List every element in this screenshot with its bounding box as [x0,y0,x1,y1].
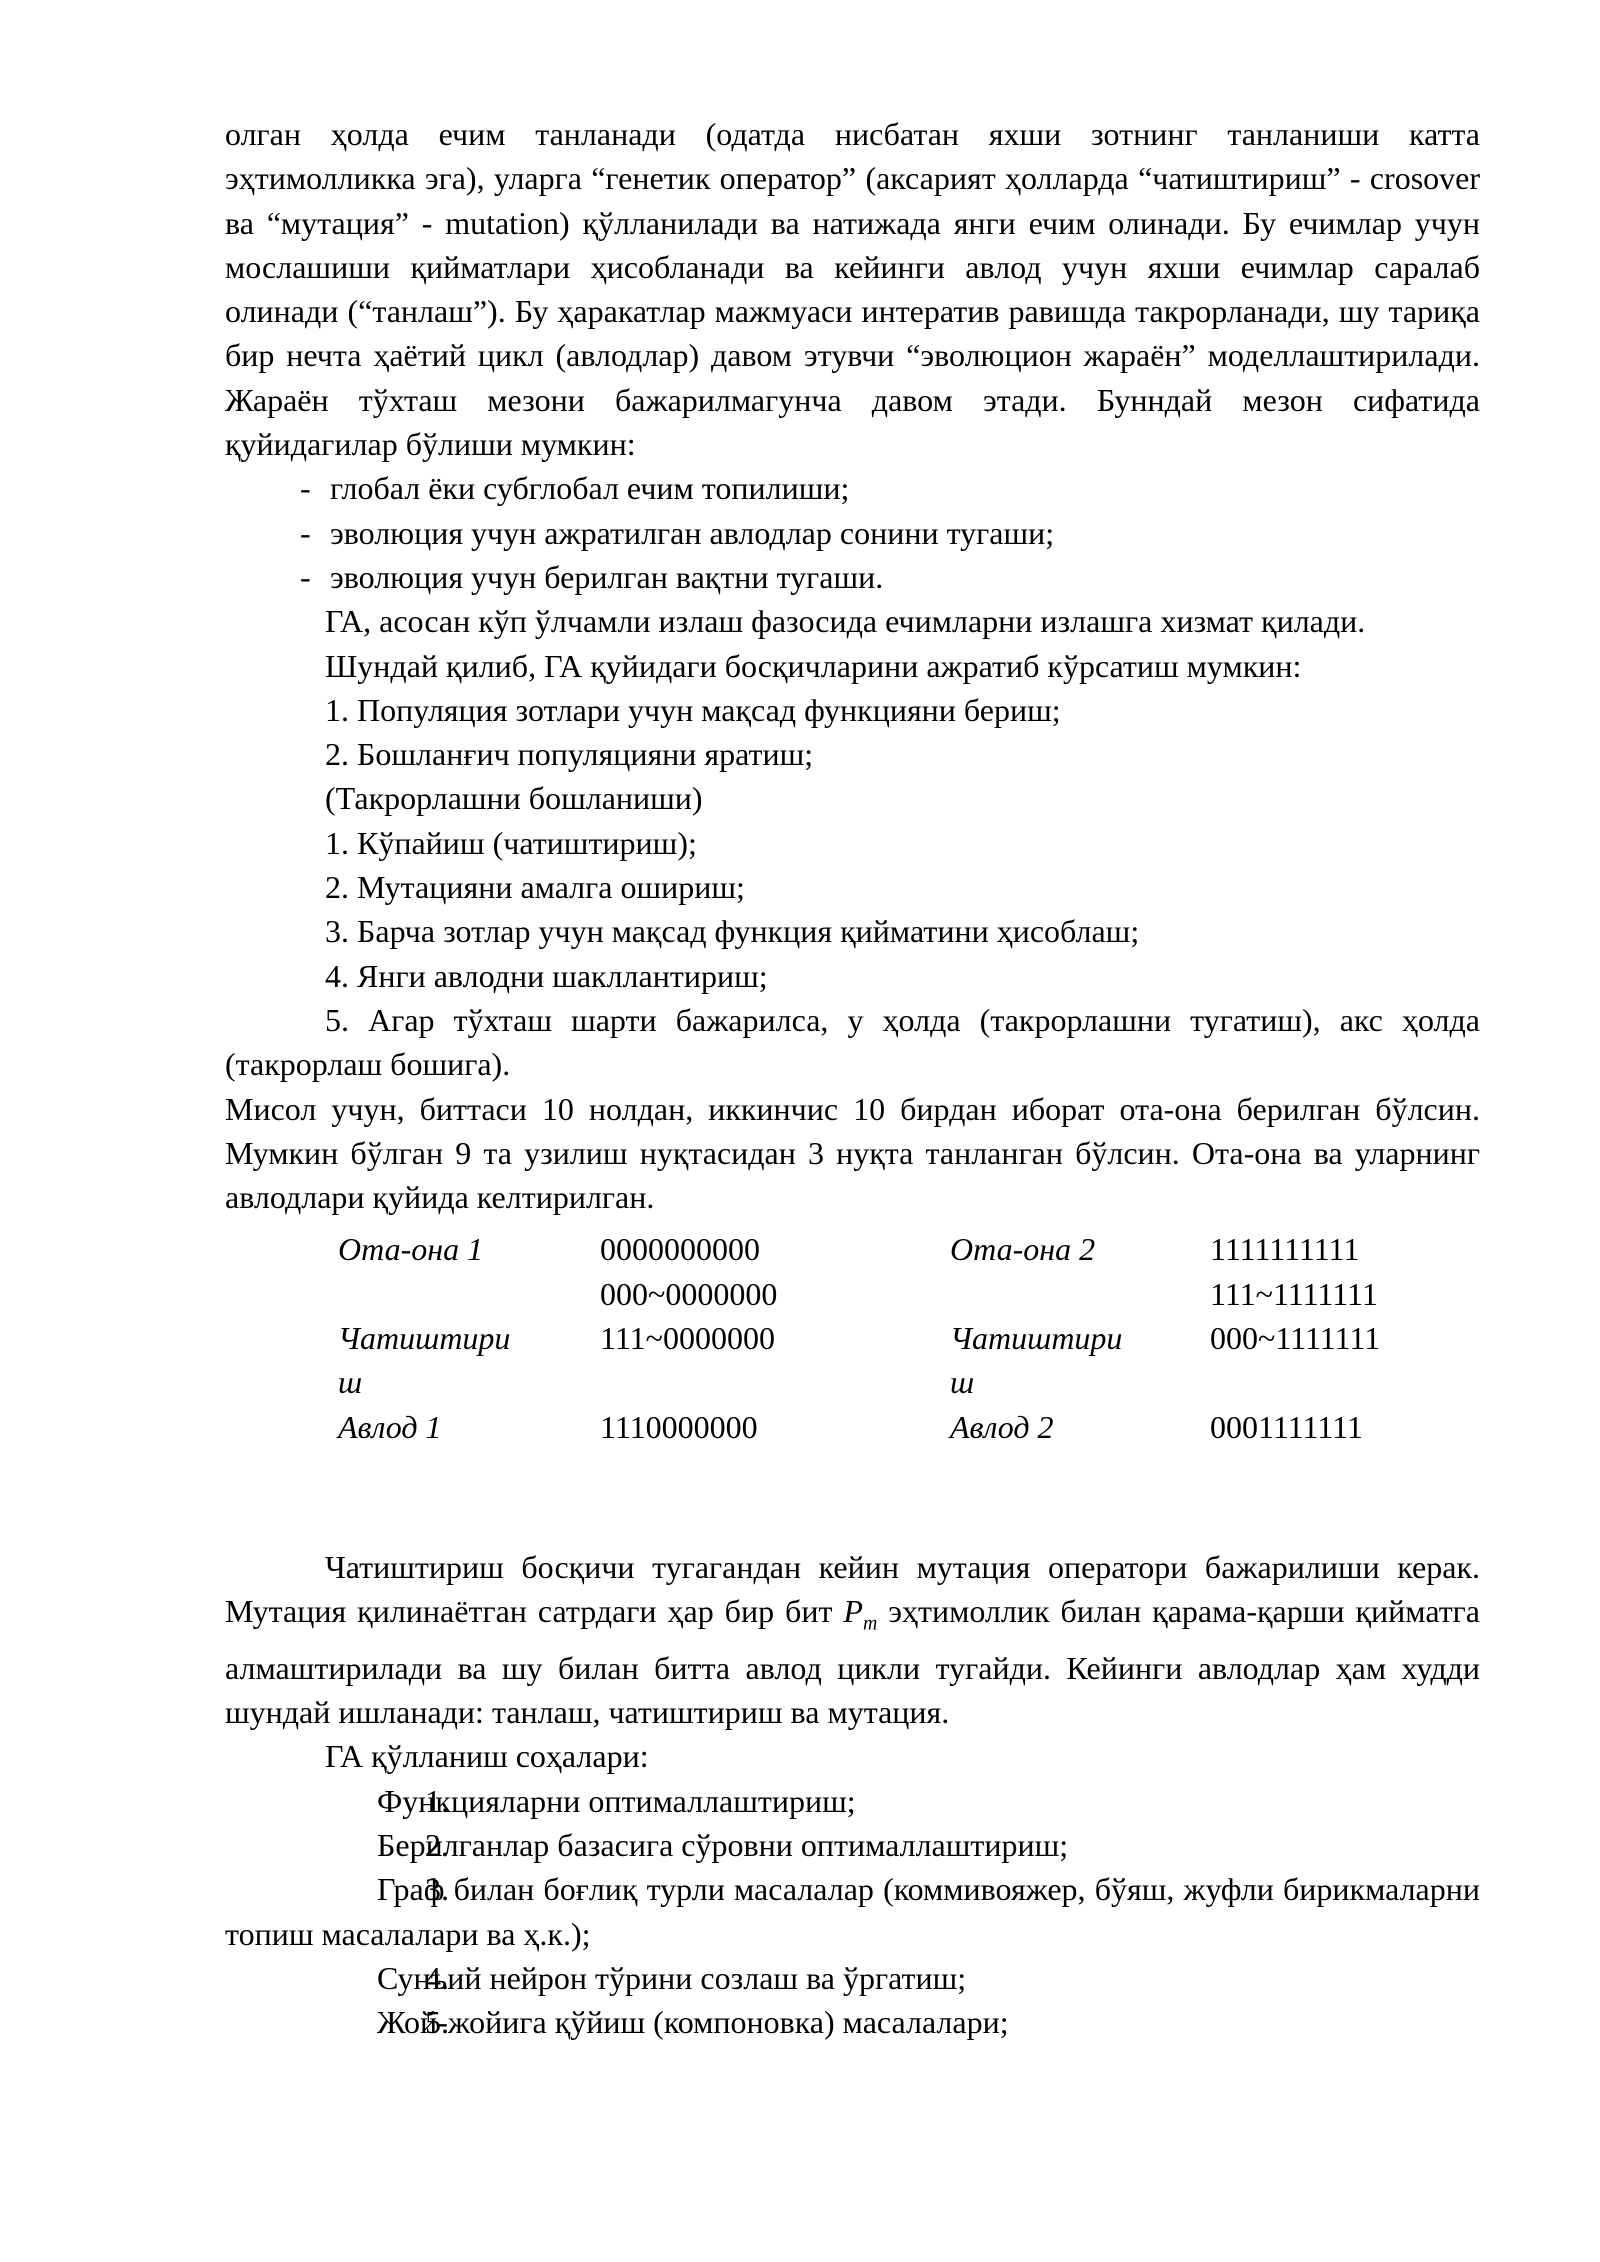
criteria-text: эволюция учун ажратилган авлодлар сонини… [330,515,1054,551]
table-cell: 000~1111111 [1210,1316,1480,1360]
intro-paragraph: олган ҳолда ечим танланади (одатда нисба… [225,112,1480,466]
table-cell: Авлод 2 [950,1405,1210,1449]
dash-bullet: - [300,555,330,599]
criteria-item: -глобал ёки субглобал ечим топилиши; [300,466,1480,510]
table-cell: 111~1111111 [1210,1272,1480,1316]
stage-line: 4. Янги авлодни шакллантириш; [325,954,1480,998]
probability-formula: Pm [843,1593,877,1629]
item-text: Жой-жойига қўйиш (компоновка) масалалари… [377,2004,1009,2040]
formula-base: P [843,1593,863,1629]
document-text-block: олган ҳолда ечим танланади (одатда нисба… [225,112,1480,2045]
example-paragraph: Мисол учун, биттаси 10 нолдан, иккинчис … [225,1087,1480,1220]
table-cell [338,1272,600,1316]
item-number: 4. [325,1956,377,2000]
table-cell: ш [338,1360,600,1404]
item-number: 2. [325,1823,377,1867]
application-item: 5.Жой-жойига қўйиш (компоновка) масалала… [225,2000,1480,2044]
stage5-paragraph: 5. Агар тўхташ шарти бажарилса, у ҳолда … [225,998,1480,1087]
table-cell: 000~0000000 [600,1272,950,1316]
table-cell [950,1272,1210,1316]
table-cell: 0001111111 [1210,1405,1480,1449]
formula-subscript: m [863,1613,877,1635]
item-text: Сунъий нейрон тўрини созлаш ва ўргатиш; [377,1960,966,1996]
dash-bullet: - [300,466,330,510]
table-cell: 111~0000000 [600,1316,950,1360]
table-cell: Ота-она 1 [338,1227,600,1271]
mutation-paragraph: Чатиштириш босқичи тугагандан кейин мута… [225,1545,1480,1735]
document-page: олган ҳолда ечим танланади (одатда нисба… [0,0,1600,2262]
item-text: Функцияларни оптималлаштириш; [377,1783,856,1819]
table-cell: 0000000000 [600,1227,950,1271]
item-number: 3. [325,1867,377,1911]
ga-search-paragraph: ГА, асосан кўп ўлчамли излаш фазосида еч… [225,599,1480,643]
criteria-text: эволюция учун берилган вақтни тугаши. [330,559,883,595]
table-cell: 1111111111 [1210,1227,1480,1271]
table-cell [1210,1360,1480,1404]
stage-line: 2. Бошланғич популяцияни яратиш; [325,732,1480,776]
dash-bullet: - [300,511,330,555]
applications-intro: ГА қўлланиш соҳалари: [225,1734,1480,1778]
criteria-item: -эволюция учун берилган вақтни тугаши. [300,555,1480,599]
item-number: 1. [325,1779,377,1823]
table-cell: Авлод 1 [338,1405,600,1449]
application-item: 4.Сунъий нейрон тўрини созлаш ва ўргатиш… [225,1956,1480,2000]
table-cell: Чатиштири [950,1316,1210,1360]
crossover-table: Ота-она 1 0000000000 Ота-она 2 111111111… [338,1227,1480,1448]
stage-line: (Такрорлашни бошланиши) [325,776,1480,820]
stage-line: 1. Популяция зотлари учун мақсад функция… [325,688,1480,732]
stage-line: 1. Кўпайиш (чатиштириш); [325,821,1480,865]
stage-line: 3. Барча зотлар учун мақсад функция қийм… [325,909,1480,953]
item-number: 5. [325,2000,377,2044]
application-item: 2.Берилганлар базасига сўровни оптималла… [225,1823,1480,1867]
table-cell: ш [950,1360,1210,1404]
stage-line: 2. Мутацияни амалга ошириш; [325,865,1480,909]
table-cell: 1110000000 [600,1405,950,1449]
item-text: Граф билан боғлиқ турли масалалар (комми… [225,1871,1480,1951]
criteria-text: глобал ёки субглобал ечим топилиши; [330,470,849,506]
application-item: 3.Граф билан боғлиқ турли масалалар (ком… [225,1867,1480,1956]
table-cell [600,1360,950,1404]
table-cell: Ота-она 2 [950,1227,1210,1271]
stages-intro: Шундай қилиб, ГА қуйидаги босқичларини а… [225,644,1480,688]
item-text: Берилганлар базасига сўровни оптималлашт… [377,1827,1068,1863]
application-item: 1.Функцияларни оптималлаштириш; [225,1779,1480,1823]
criteria-item: -эволюция учун ажратилган авлодлар сонин… [300,511,1480,555]
table-cell: Чатиштири [338,1316,600,1360]
